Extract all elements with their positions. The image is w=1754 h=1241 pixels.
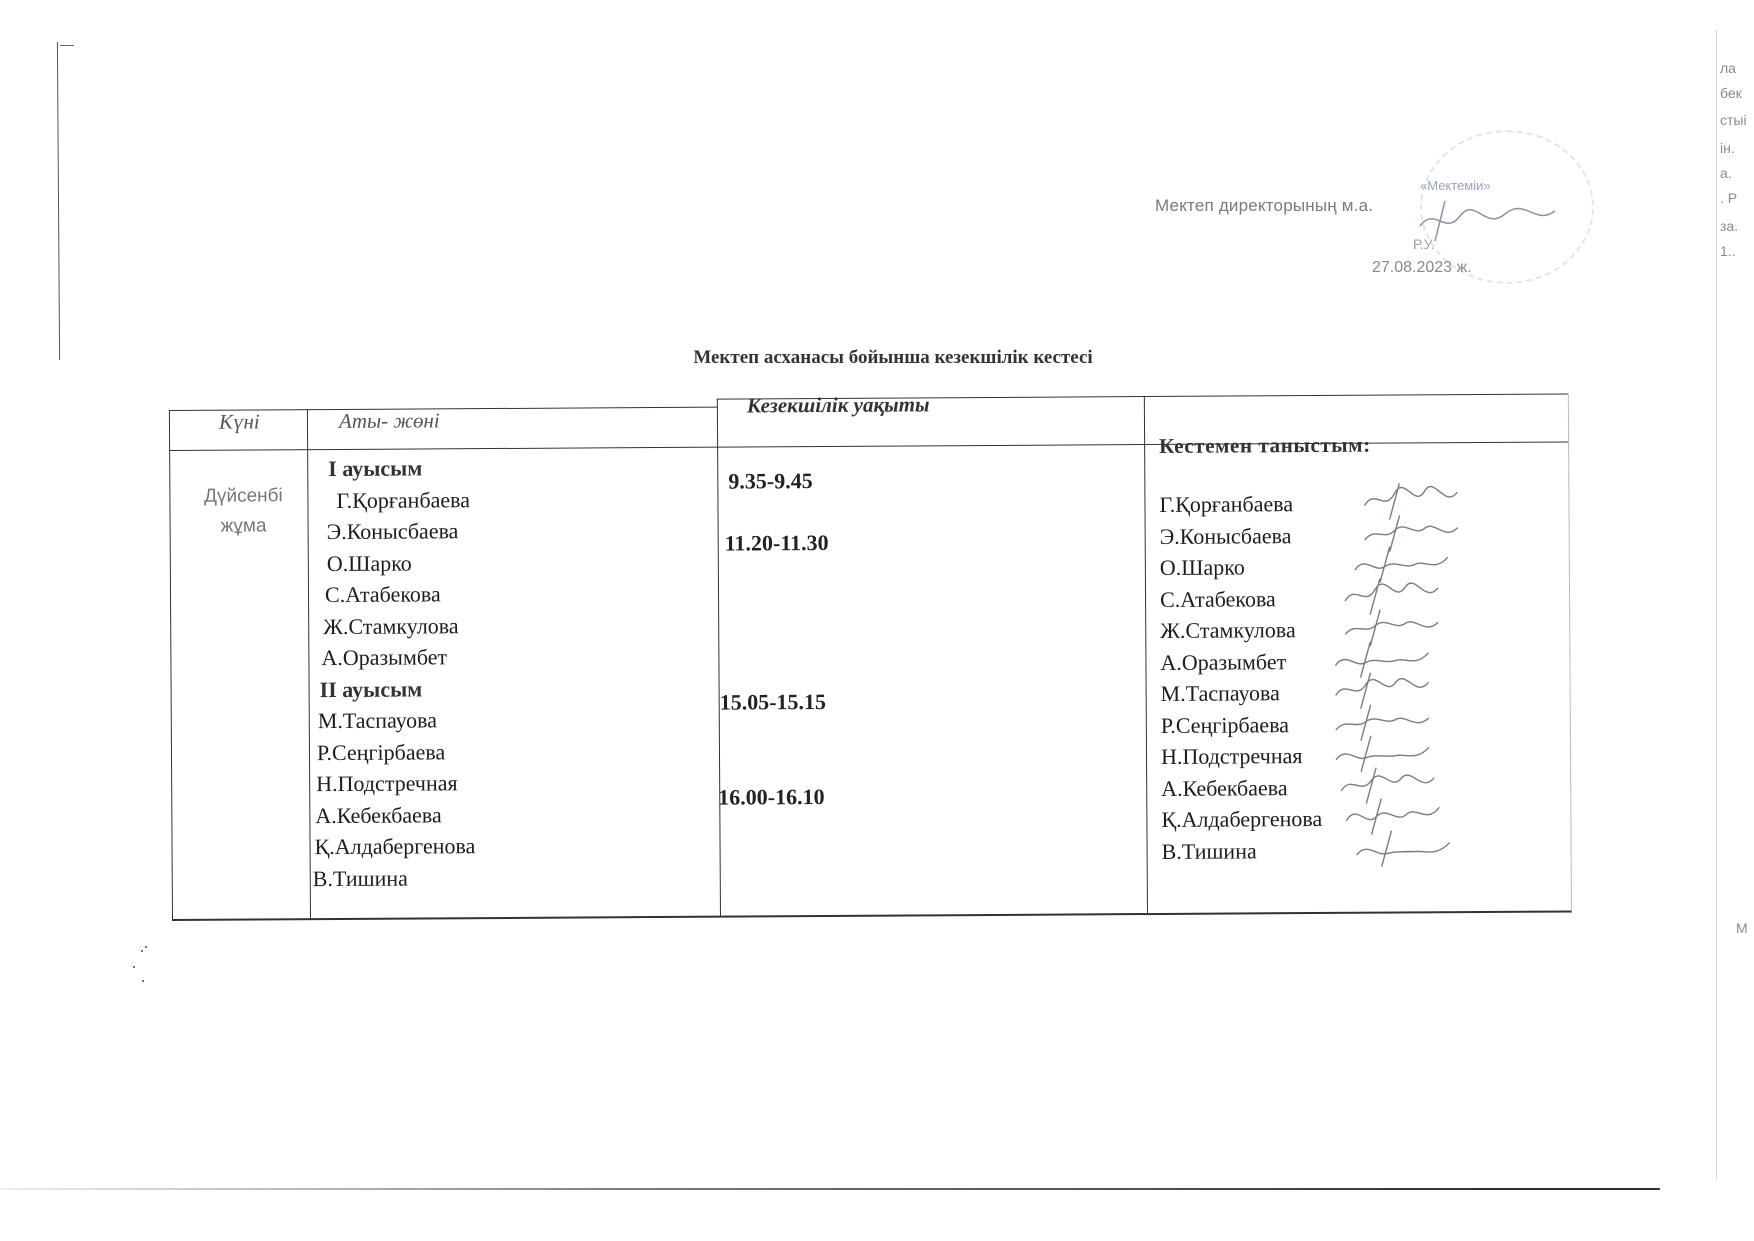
list-item: В.Тишина bbox=[313, 862, 476, 894]
bleed-line: стыі bbox=[1720, 112, 1747, 128]
bleed-line: М bbox=[1736, 920, 1748, 936]
list-item: А.Оразымбет bbox=[321, 641, 474, 673]
acknowledgement-name: Э.Конысбаева bbox=[1160, 523, 1292, 549]
header-day: Күні bbox=[219, 409, 260, 434]
list-item: Г.Қорғанбаева bbox=[336, 484, 473, 516]
scan-page-edge-right bbox=[1716, 30, 1717, 1180]
acknowledgement-row: Г.Қорғанбаева bbox=[1159, 488, 1371, 521]
acknowledgement-cell: Кестемен таныстым: Г.ҚорғанбаеваЭ.Конысб… bbox=[1159, 433, 1373, 867]
acknowledgement-row: Э.Конысбаева bbox=[1160, 519, 1372, 552]
list-item: О.Шарко bbox=[327, 547, 474, 579]
list-item: Ж.Стамкулова bbox=[323, 610, 474, 642]
document-title: Мектеп асханасы бойынша кезекшілік кесте… bbox=[0, 347, 1754, 369]
acknowledgement-name: А.Кебекбаева bbox=[1161, 775, 1288, 801]
acknowledgement-name: М.Таспауова bbox=[1161, 680, 1280, 706]
acknowledgement-name: А.Оразымбет bbox=[1160, 649, 1286, 675]
table-border bbox=[172, 910, 1572, 921]
shift-label: I ауысым bbox=[328, 452, 473, 484]
acknowledgement-name: Г.Қорғанбаева bbox=[1159, 491, 1293, 517]
shift-label: II ауысым bbox=[319, 673, 474, 705]
bleed-line: ін. bbox=[1720, 140, 1735, 156]
acknowledgement-name: Ж.Стамкулова bbox=[1160, 617, 1296, 643]
table-border bbox=[169, 410, 173, 920]
acknowledgement-name: Р.Сеңгірбаева bbox=[1161, 712, 1289, 738]
table-border bbox=[717, 399, 721, 917]
bleed-line: за. bbox=[1720, 218, 1738, 234]
acknowledgement-name: О.Шарко bbox=[1160, 554, 1245, 580]
acknowledgement-name: Қ.Алдабергенова bbox=[1161, 806, 1322, 832]
acknowledgement-title: Кестемен таныстым: bbox=[1159, 433, 1371, 459]
header-duty-time: Кезекшілік уақыты bbox=[747, 392, 930, 418]
time-slot: 15.05-15.15 bbox=[720, 689, 826, 716]
table-border bbox=[307, 409, 311, 919]
names-list: I ауысым Г.Қорғанбаева Э.Конысбаева О.Ша… bbox=[324, 452, 476, 894]
scan-page-edge-tick bbox=[60, 45, 74, 46]
list-item: Р.Сеңгірбаева bbox=[317, 736, 475, 768]
day-label: жұма bbox=[184, 511, 304, 542]
acknowledgement-name: Н.Подстречная bbox=[1161, 743, 1303, 769]
bleed-line: 1.. bbox=[1720, 243, 1736, 259]
table-border bbox=[1144, 396, 1148, 914]
bleed-line: бек bbox=[1720, 85, 1742, 101]
stamp-text: «Мектеміи» bbox=[1420, 178, 1491, 193]
time-slot: 11.20-11.30 bbox=[725, 530, 829, 557]
list-item: Қ.Алдабергенова bbox=[314, 830, 475, 862]
acknowledgement-row: Қ.Алдабергенова bbox=[1161, 803, 1373, 836]
time-slot: 9.35-9.45 bbox=[728, 468, 812, 495]
bleed-line: . Р bbox=[1720, 190, 1737, 206]
header-name: Аты- жөні bbox=[339, 408, 440, 434]
acknowledgement-name: С.Атабекова bbox=[1160, 586, 1276, 612]
scan-page-edge-bottom bbox=[0, 1188, 1660, 1190]
acknowledgement-row: В.Тишина bbox=[1162, 834, 1374, 867]
list-item: А.Кебекбаева bbox=[315, 799, 475, 831]
handwritten-signature-icon bbox=[1351, 828, 1461, 869]
approval-title: Мектеп директорының м.а. bbox=[1155, 196, 1373, 216]
day-cell: Дүйсенбі жұма bbox=[183, 481, 303, 542]
day-label: Дүйсенбі bbox=[183, 481, 303, 512]
acknowledgement-list: Г.ҚорғанбаеваЭ.КонысбаеваО.ШаркоС.Атабек… bbox=[1159, 488, 1373, 867]
time-slot: 16.00-16.10 bbox=[718, 784, 824, 811]
scan-page-edge-left bbox=[57, 42, 60, 360]
director-signature-icon bbox=[1415, 196, 1565, 246]
table-border bbox=[1568, 393, 1572, 911]
approval-date: 27.08.2023 ж. bbox=[1372, 259, 1472, 277]
list-item: С.Атабекова bbox=[325, 578, 474, 610]
list-item: Н.Подстречная bbox=[316, 767, 475, 799]
list-item: Э.Конысбаева bbox=[327, 515, 474, 547]
acknowledgement-name: В.Тишина bbox=[1162, 838, 1257, 864]
bleed-line: ла bbox=[1720, 60, 1736, 76]
scan-specks bbox=[130, 945, 160, 1005]
duty-schedule-table: Күні Аты- жөні Кезекшілік уақыты Дүйсенб… bbox=[169, 393, 1572, 920]
list-item: М.Таспауова bbox=[318, 704, 475, 736]
bleed-line: а. bbox=[1720, 165, 1732, 181]
